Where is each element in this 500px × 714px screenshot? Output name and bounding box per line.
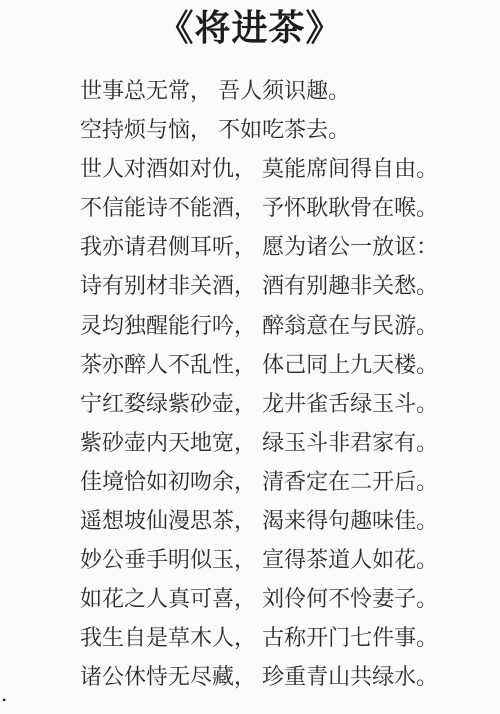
poem-line: 茶亦醉人不乱性， 体己同上九天楼。 (80, 345, 484, 384)
poem-line: 空持烦与恼， 不如吃茶去。 (80, 110, 484, 149)
poem-line: 我亦请君侧耳听， 愿为诸公一放讴： (80, 227, 484, 266)
poem-line: 如花之人真可喜， 刘伶何不怜妻子。 (80, 579, 484, 618)
poem-line: 诸公休恃无尽藏， 珍重青山共绿水。 (80, 657, 484, 696)
poem-line: 宁红婺绿紫砂壶， 龙井雀舌绿玉斗。 (80, 384, 484, 423)
poem-line: 妙公垂手明似玉， 宣得茶道人如花。 (80, 540, 484, 579)
poem-line: 佳境恰如初吻余， 清香定在二开后。 (80, 462, 484, 501)
poem-line: 我生自是草木人， 古称开门七件事。 (80, 618, 484, 657)
stray-period: . (2, 688, 6, 706)
poem-title: 《将进茶》 (0, 6, 500, 50)
poem-line: 灵均独醒能行吟， 醉翁意在与民游。 (80, 306, 484, 345)
poem-line: 世人对酒如对仇， 莫能席间得自由。 (80, 149, 484, 188)
poem-line: 不信能诗不能酒， 予怀耿耿骨在喉。 (80, 188, 484, 227)
poem-line: 紫砂壶内天地宽， 绿玉斗非君家有。 (80, 423, 484, 462)
poem-line: 诗有别材非关酒， 酒有别趣非关愁。 (80, 266, 484, 305)
poem-page: 《将进茶》 世事总无常， 吾人须识趣。 空持烦与恼， 不如吃茶去。 世人对酒如对… (0, 0, 500, 714)
poem-line: 遥想坡仙漫思茶， 渴来得句趣味佳。 (80, 501, 484, 540)
poem-line: 世事总无常， 吾人须识趣。 (80, 71, 484, 110)
poem-body: 世事总无常， 吾人须识趣。 空持烦与恼， 不如吃茶去。 世人对酒如对仇， 莫能席… (80, 71, 484, 697)
